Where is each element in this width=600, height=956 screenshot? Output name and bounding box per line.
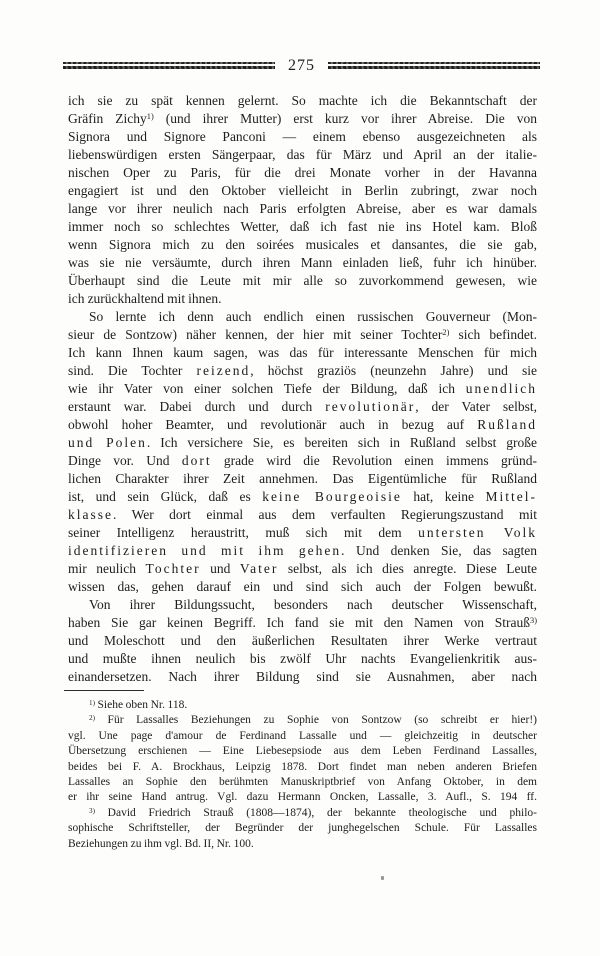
text-line: lange vor ihrer neulich nach Paris erfol… [68,200,537,218]
text-line: obwohl hoher Beamter, und revolutionär a… [68,416,537,434]
text-run: , höchst graziös (neunzehn Jahre) und si… [250,363,537,378]
emphasized-text: keine Bourgeoisie [262,489,402,504]
text-line: haben Sie gar keinen Begriff. Ich fand s… [68,614,537,632]
text-run: Signora und Signore Panconi — einem eben… [68,129,537,144]
text-run: (und ihrer Mutter) erst kurz vor ihrer A… [154,111,537,126]
emphasized-text: Vater [240,561,278,576]
header-rule-right [328,62,540,69]
text-run: haben Sie gar keinen Begriff. Ich fand s… [68,615,530,630]
text-run: er ihr seine Hand antrug. Vgl. dazu Herm… [68,791,537,803]
page-header: 275 [63,58,540,72]
text-run: was sie nie versäumte, durch ihren Mann … [68,255,537,270]
text-run: , der Vater selbst, [415,399,537,414]
footnote-line: vgl. Une page d'amour de Ferdinand Lassa… [68,729,537,744]
footnote-line: 1) Siehe oben Nr. 118. [68,698,537,713]
text-line: ich sie zu spät kennen gelernt. So macht… [68,92,537,110]
footnotes: 1) Siehe oben Nr. 118.2) Für Lassalles B… [68,698,537,852]
emphasized-text: Mittel- [486,489,537,504]
header-rule-left [63,62,275,69]
text-run: erstaunt war. Dabei durch und durch [68,399,325,414]
text-line: So lernte ich denn auch endlich einen ru… [68,308,537,326]
text-run: und Moleschott und den äußerlichen Resul… [68,633,537,648]
footnote-marker: 1) [147,112,154,121]
text-run: mir neulich [68,561,146,576]
text-line: ist, und sein Glück, daß es keine Bourge… [68,488,537,506]
text-run: Für Lassalles Beziehungen zu Sophie von … [95,714,537,726]
text-run: Beziehungen zu ihm vgl. Bd. II, Nr. 100. [68,838,254,850]
text-line: und Polen. Ich versichere Sie, es bereit… [68,434,537,452]
text-line: wie ihr Vater von einer solchen Tiefe de… [68,380,537,398]
emphasized-text: reizend [197,363,251,378]
text-line: mir neulich Tochter und Vater selbst, al… [68,560,537,578]
text-run: sophische Schriftsteller, der Begründer … [68,822,537,834]
footnote-line: 3) David Friedrich Strauß (1808—1874), d… [68,806,537,821]
text-run: Ich kann Ihnen kaum sagen, was das für i… [68,345,537,360]
text-run: selbst, als ich dies anregte. Diese Leut… [278,561,537,576]
emphasized-text: klasse [68,507,113,522]
emphasized-text: identifizieren und mit ihm gehen [68,543,341,558]
footnote-line: Übersetzung erschienen — Eine Liebesepsi… [68,744,537,759]
text-run: sind. Die Tochter [68,363,197,378]
footnote-line: Lassalles an Sophie den berühmten Manusk… [68,775,537,790]
book-page: 275 ich sie zu spät kennen gelernt. So m… [0,0,600,956]
text-line: und Moleschott und den äußerlichen Resul… [68,632,537,650]
footnote-line: er ihr seine Hand antrug. Vgl. dazu Herm… [68,790,537,805]
text-run: So lernte ich denn auch endlich einen ru… [89,309,537,324]
text-run: Übersetzung erschienen — Eine Liebesepsi… [68,745,537,757]
footnote-marker: 2) [442,328,449,337]
body-text: ich sie zu spät kennen gelernt. So macht… [68,92,537,686]
text-run: lichen Charakter ihrer Zeit annehmen. Da… [68,471,537,486]
text-line: engagiert ist und den Oktober vielleicht… [68,182,537,200]
text-line: Überhaupt sind die Leute mit mir alle so… [68,272,537,290]
text-line: liebenswürdigen ersten Sängerpaar, das f… [68,146,537,164]
emphasized-text: Tochter [146,561,201,576]
text-run: seiner Intelligenz heraustritt, muß sich… [68,525,418,540]
text-line: identifizieren und mit ihm gehen. Und de… [68,542,537,560]
text-run: Dinge vor. Und [68,453,182,468]
text-run: hat, keine [402,489,486,504]
text-line: ich zurückhaltend mit ihnen. [68,290,537,308]
text-run: . Und denken Sie, das sagten [341,543,537,558]
text-run: einandersetzen. Nach ihrer Bildung sind … [68,669,537,684]
text-run: beides bei F. A. Brockhaus, Leipzig 1878… [68,761,537,773]
scan-artifact [381,876,384,880]
text-run: obwohl hoher Beamter, und revolutionär a… [68,417,477,432]
page-number: 275 [288,59,315,73]
text-run: liebenswürdigen ersten Sängerpaar, das f… [68,147,537,162]
text-line: wenn Signora mich zu den soirées musical… [68,236,537,254]
text-run: vgl. Une page d'amour de Ferdinand Lassa… [68,730,537,742]
text-run: grade wird die Revolution einen immens g… [212,453,537,468]
text-run: sich befindet. [449,327,537,342]
text-line: sieur de Sontzow) näher kennen, der hier… [68,326,537,344]
footnote-line: beides bei F. A. Brockhaus, Leipzig 1878… [68,760,537,775]
text-line: immer noch so schlechtes Wetter, daß ich… [68,218,537,236]
text-line: Signora und Signore Panconi — einem eben… [68,128,537,146]
text-line: Gräfin Zichy1) (und ihrer Mutter) erst k… [68,110,537,128]
text-run: nischen Oper zu Paris, für die drei Mona… [68,165,537,180]
text-run: immer noch so schlechtes Wetter, daß ich… [68,219,537,234]
footnote-line: sophische Schriftsteller, der Begründer … [68,821,537,836]
text-run: . Wer dort einmal aus dem verfaulten Reg… [113,507,537,522]
text-run: wenn Signora mich zu den soirées musical… [68,237,537,252]
text-line: klasse. Wer dort einmal aus dem verfault… [68,506,537,524]
emphasized-text: und Polen [68,435,147,450]
text-run: wie ihr Vater von einer solchen Tiefe de… [68,381,466,396]
text-run: Siehe oben Nr. 118. [95,699,187,711]
text-run: und mußte ihnen neulich bis zwölf Uhr na… [68,651,537,666]
footnote-marker: 1) [89,699,95,707]
text-run: und [201,561,240,576]
text-line: einandersetzen. Nach ihrer Bildung sind … [68,668,537,686]
text-line: sind. Die Tochter reizend, höchst graziö… [68,362,537,380]
text-run: wissen das, gehen darauf ein und sind si… [68,579,537,594]
text-run: sieur de Sontzow) näher kennen, der hier… [68,327,442,342]
text-line: wissen das, gehen darauf ein und sind si… [68,578,537,596]
text-run: Überhaupt sind die Leute mit mir alle so… [68,273,537,288]
text-line: Ich kann Ihnen kaum sagen, was das für i… [68,344,537,362]
text-line: nischen Oper zu Paris, für die drei Mona… [68,164,537,182]
emphasized-text: unendlich [466,381,537,396]
emphasized-text: revolutionär [325,399,415,414]
text-line: Dinge vor. Und dort grade wird die Revol… [68,452,537,470]
text-run: David Friedrich Strauß (1808—1874), der … [95,807,537,819]
footnote-line: 2) Für Lassalles Beziehungen zu Sophie v… [68,713,537,728]
text-run: engagiert ist und den Oktober vielleicht… [68,183,537,198]
emphasized-text: Rußland [477,417,537,432]
text-run: ich sie zu spät kennen gelernt. So macht… [68,93,537,108]
footnote-marker: 3) [89,807,95,815]
text-run: Gräfin Zichy [68,111,147,126]
text-line: und mußte ihnen neulich bis zwölf Uhr na… [68,650,537,668]
text-line: seiner Intelligenz heraustritt, muß sich… [68,524,537,542]
emphasized-text: dort [182,453,212,468]
footnote-line: Beziehungen zu ihm vgl. Bd. II, Nr. 100. [68,837,537,852]
text-run: Lassalles an Sophie den berühmten Manusk… [68,776,537,788]
text-line: was sie nie versäumte, durch ihren Mann … [68,254,537,272]
footnote-marker: 3) [530,616,537,625]
text-run: ist, und sein Glück, daß es [68,489,262,504]
text-line: lichen Charakter ihrer Zeit annehmen. Da… [68,470,537,488]
text-run: ich zurückhaltend mit ihnen. [68,291,222,306]
footnote-separator [64,690,144,691]
text-line: Von ihrer Bildungssucht, besonders nach … [68,596,537,614]
text-line: erstaunt war. Dabei durch und durch revo… [68,398,537,416]
emphasized-text: untersten Volk [418,525,537,540]
footnote-marker: 2) [89,714,95,722]
text-run: . Ich versichere Sie, es bereiten sich i… [147,435,537,450]
text-run: Von ihrer Bildungssucht, besonders nach … [89,597,537,612]
text-run: lange vor ihrer neulich nach Paris erfol… [68,201,537,216]
